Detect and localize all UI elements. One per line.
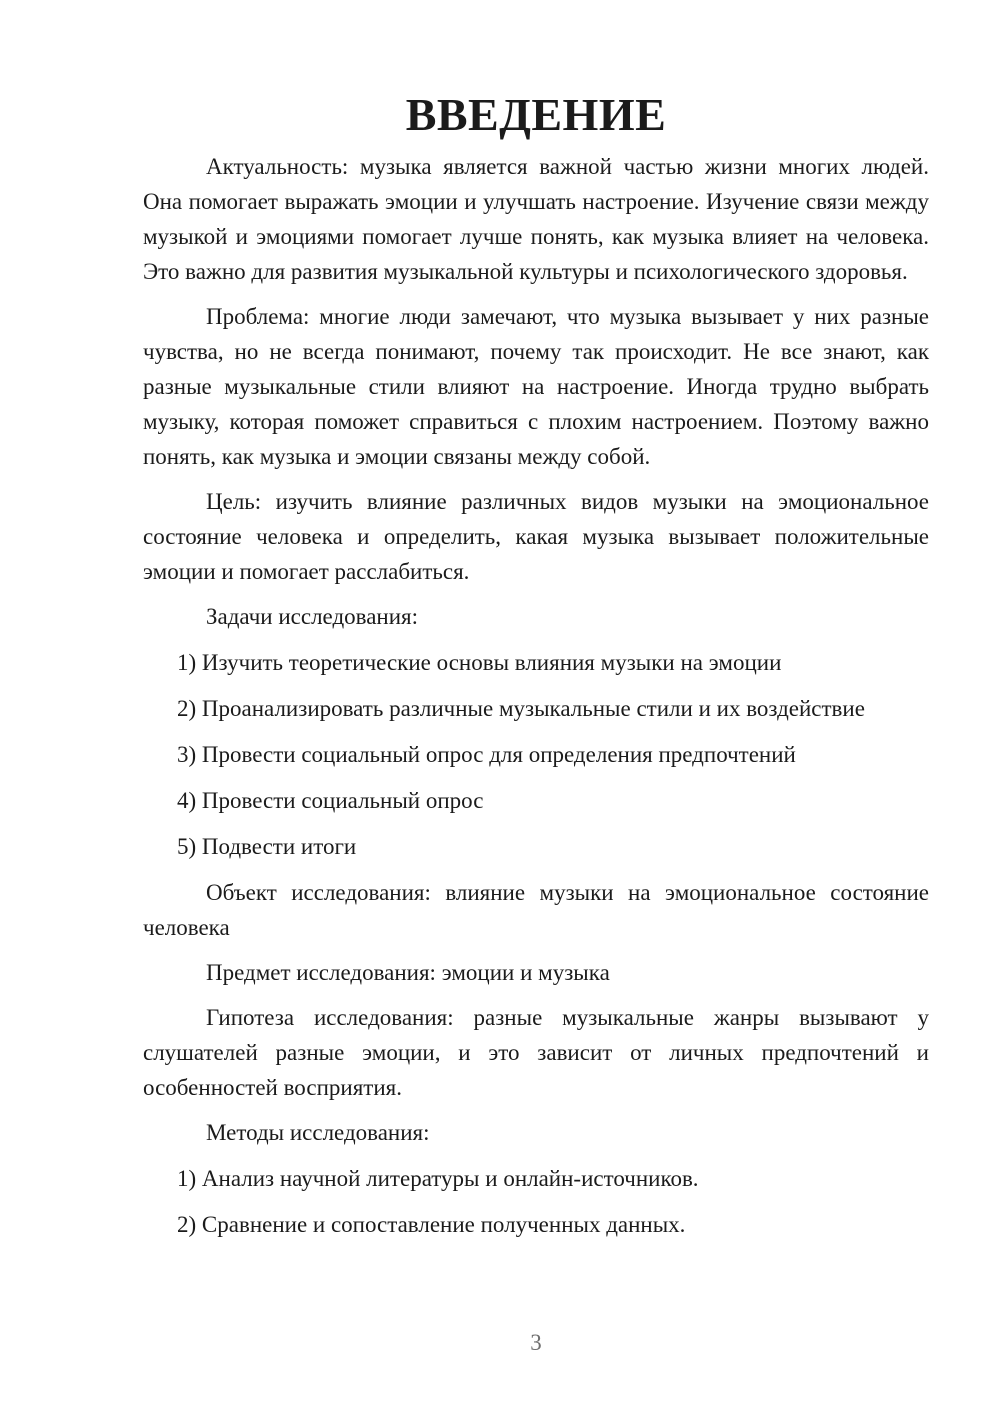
task-item-2: 2) Проанализировать различные музыкальны… [177,691,929,726]
paragraph-problem: Проблема: многие люди замечают, что музы… [143,299,929,474]
paragraph-relevance: Актуальность: музыка является важной час… [143,149,929,289]
page-title: ВВЕДЕНИЕ [143,97,929,132]
paragraph-object: Объект исследования: влияние музыки на э… [143,875,929,945]
method-item-2: 2) Сравнение и сопоставление полученных … [177,1207,929,1242]
document-page: ВВЕДЕНИЕ Актуальность: музыка является в… [0,0,1000,1414]
page-number: 3 [143,1325,929,1360]
method-item-1: 1) Анализ научной литературы и онлайн-ис… [177,1161,929,1196]
task-item-1: 1) Изучить теоретические основы влияния … [177,645,929,680]
paragraph-subject: Предмет исследования: эмоции и музыка [143,955,929,990]
paragraph-hypothesis: Гипотеза исследования: разные музыкальны… [143,1000,929,1105]
task-item-4: 4) Провести социальный опрос [177,783,929,818]
tasks-heading: Задачи исследования: [143,599,929,634]
paragraph-goal: Цель: изучить влияние различных видов му… [143,484,929,589]
task-item-5: 5) Подвести итоги [177,829,929,864]
task-item-3: 3) Провести социальный опрос для определ… [177,737,929,772]
methods-heading: Методы исследования: [143,1115,929,1150]
